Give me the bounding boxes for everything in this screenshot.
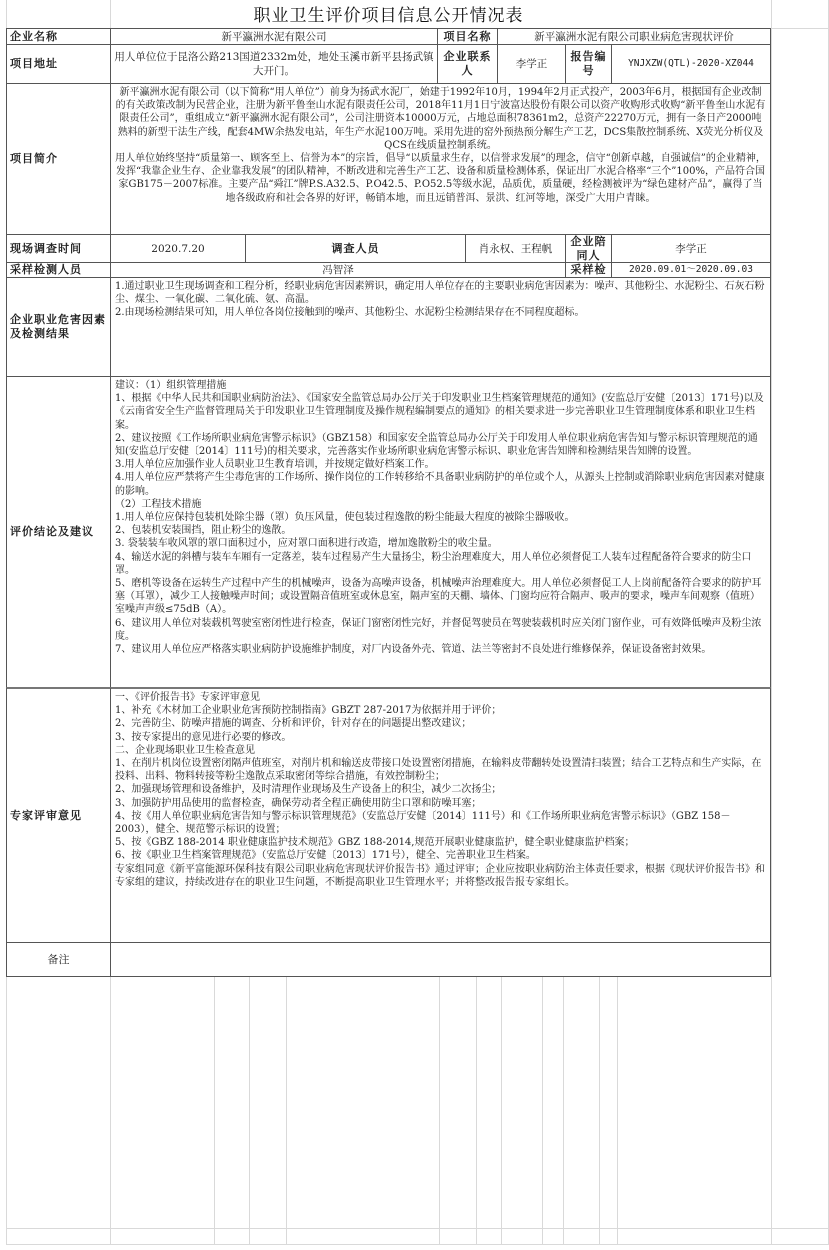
investigators-label: 调查人员: [245, 234, 466, 263]
conclusion-text: 建议：（1）组织管理措施 1、根据《中华人民共和国职业病防治法》、《国家安全监管…: [110, 376, 771, 688]
expert-line: 二、企业现场职业卫生检查意见: [115, 744, 766, 757]
conclusion-line: 1、根据《中华人民共和国职业病防治法》、《国家安全监管总局办公厅关于印发职业卫生…: [115, 392, 766, 432]
remarks-label: 备注: [6, 942, 111, 977]
grid-line: [542, 975, 543, 1245]
expert-line: 2、加强现场管理和设备维护，及时清理作业现场及生产设备上的积尘，减少二次扬尘；: [115, 783, 766, 796]
contact-person-label: 企业联系人: [437, 44, 498, 84]
conclusion-line: 建议：（1）组织管理措施: [115, 379, 766, 392]
contact-person-value: 李学正: [497, 44, 566, 84]
expert-line: 4、按《用人单位职业病危害告知与警示标识管理规范》（安监总厅安健〔2014〕11…: [115, 810, 766, 836]
grid-line: [599, 975, 600, 1245]
project-intro-label: 项目简介: [6, 83, 111, 235]
grid-line: [249, 975, 250, 1245]
grid-line: [6, 1228, 829, 1229]
expert-line: 5、按《GBZ 188-2014 职业健康监护技术规范》GBZ 188-2014…: [115, 836, 766, 849]
conclusion-line: 1.用人单位应保持包装机处除尘器（罩）负压风量，使包装过程逸散的粉尘能最大程度的…: [115, 511, 766, 524]
conclusion-line: 2、包装机安装围挡，阻止粉尘的逸散。: [115, 524, 766, 537]
expert-line: 专家组同意《新平富能源环保科技有限公司职业病危害现状评价报告书》通过评审；企业应…: [115, 863, 766, 889]
grid-line: [563, 975, 564, 1245]
expert-line: 2、完善防尘、防噪声措施的调查、分析和评价，针对存在的问题提出整改建议；: [115, 717, 766, 730]
conclusion-line: 4.用人单位应严禁将产生尘毒危害的工作场所、操作岗位的工作转移给不具备职业病防护…: [115, 471, 766, 497]
project-name-label: 项目名称: [437, 28, 498, 45]
expert-line: 1、在削片机岗位设置密闭隔声值班室，对削片机和输送皮带接口处设置密闭措施，在输料…: [115, 757, 766, 783]
conclusion-line: （2）工程技术措施: [115, 498, 766, 511]
conclusion-line: 3. 袋装装车收风罩的罩口面积过小，应对罩口面积进行改造，增加逸散粉尘的收尘量。: [115, 537, 766, 550]
survey-date-value: 2020.7.20: [110, 234, 246, 263]
hazard-line: 1.通过职业卫生现场调查和工程分析，经职业病危害因素辨识，确定用人单位存在的主要…: [115, 280, 766, 306]
grid-line: [476, 975, 477, 1245]
grid-line: [286, 975, 287, 1245]
project-address-label: 项目地址: [6, 44, 111, 84]
expert-line: 3、加强防护用品使用的监督检查，确保劳动者全程正确使用防尘口罩和防噪耳塞；: [115, 797, 766, 810]
expert-line: 6、按《职业卫生档案管理规范》（安监总厅安健〔2013〕171号），健全、完善职…: [115, 849, 766, 862]
company-name-value: 新平瀛洲水泥有限公司: [110, 28, 438, 45]
survey-date-label: 现场调查时间: [6, 234, 111, 263]
sampling-period-value: 2020.09.01～2020.09.03: [611, 262, 771, 278]
conclusion-line: 6、建议用人单位对装载机驾驶室密闭性进行检查，保证门窗密闭性完好，并督促驾驶员在…: [115, 617, 766, 643]
hazard-factors-text: 1.通过职业卫生现场调查和工程分析，经职业病危害因素辨识，确定用人单位存在的主要…: [110, 277, 771, 377]
conclusion-label: 评价结论及建议: [6, 376, 111, 688]
conclusion-line: 7、建议用人单位应严格落实职业病防护设施维护制度，对厂内设备外壳、管道、法兰等密…: [115, 643, 766, 656]
sampling-staff-label: 采样检测人员: [6, 262, 111, 278]
remarks-value[interactable]: [110, 942, 771, 977]
report-number-value: YNJXZW(QTL)-2020-XZ044: [611, 44, 771, 84]
hazard-factors-label: 企业职业危害因素及检测结果: [6, 277, 111, 377]
hazard-line: 2.由现场检测结果可知，用人单位各岗位接触到的噪声、其他粉尘、水泥粉尘检测结果存…: [115, 306, 766, 319]
project-intro-text: 新平瀛洲水泥有限公司（以下简称“用人单位”）前身为扬武水泥厂，始建于1992年1…: [110, 83, 771, 235]
project-address-value: 用人单位位于昆洛公路213国道2332m处，地处玉溪市新平县扬武镇大开门。: [110, 44, 438, 84]
grid-line: [501, 975, 502, 1245]
project-name-value: 新平瀛洲水泥有限公司职业病危害现状评价: [497, 28, 771, 45]
grid-line: [6, 1244, 829, 1245]
expert-review-label: 专家评审意见: [6, 687, 111, 943]
company-name-label: 企业名称: [6, 28, 111, 45]
expert-line: 1、补充《木材加工企业职业危害预防控制指南》GBZT 287-2017为依据并用…: [115, 704, 766, 717]
page-title: 职业卫生评价项目信息公开情况表: [6, 4, 771, 28]
expert-review-text: 一、《评价报告书》专家评审意见 1、补充《木材加工企业职业危害预防控制指南》GB…: [110, 687, 771, 943]
conclusion-line: 5、磨机等设备在运转生产过程中产生的机械噪声，设备为高噪声设备，机械噪声治理难度…: [115, 577, 766, 617]
intro-paragraph: 新平瀛洲水泥有限公司（以下简称“用人单位”）前身为扬武水泥厂，始建于1992年1…: [115, 86, 766, 152]
grid-line: [771, 0, 772, 1245]
escort-label: 企业陪同人: [565, 234, 612, 263]
conclusion-line: 2、建议按照《工作场所职业病危害警示标识》（GBZ158）和国家安全监管总局办公…: [115, 432, 766, 458]
expert-line: 一、《评价报告书》专家评审意见: [115, 691, 766, 704]
intro-paragraph: 用人单位始终坚持“质量第一、顾客至上、信誉为本”的宗旨，倡导“以质量求生存，以信…: [115, 152, 766, 205]
grid-line: [617, 975, 618, 1245]
sampling-period-label: 采样检: [565, 262, 612, 278]
escort-value: 李学正: [611, 234, 771, 263]
sampling-staff-value: 冯智泽: [110, 262, 566, 278]
conclusion-line: 3.用人单位应加强作业人员职业卫生教育培训，并按规定做好档案工作。: [115, 458, 766, 471]
grid-line: [214, 975, 215, 1245]
conclusion-line: 4、输送水泥的斜槽与装车车厢有一定落差，装车过程易产生大量扬尘，粉尘治理难度大，…: [115, 551, 766, 577]
expert-line: 3、按专家提出的意见进行必要的修改。: [115, 731, 766, 744]
investigators-value: 肖永权、王程帆: [465, 234, 566, 263]
report-number-label: 报告编号: [565, 44, 612, 84]
grid-line: [439, 975, 440, 1245]
